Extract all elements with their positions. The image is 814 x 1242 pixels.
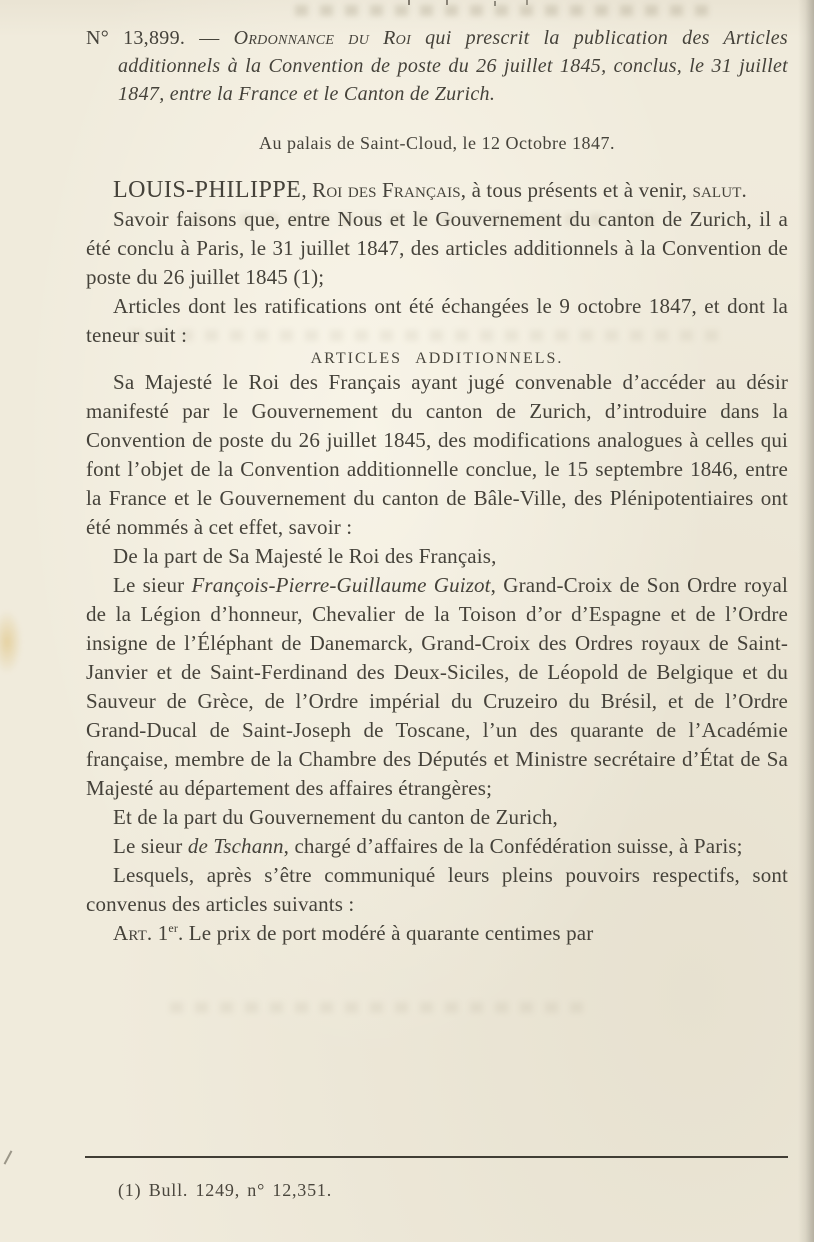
salutation-separator: , [301, 178, 312, 202]
bleedthrough-artifact [295, 5, 710, 16]
paragraph-sa-majeste: Sa Majesté le Roi des Français ayant jug… [86, 368, 788, 542]
paragraph-de-la-part-roi: De la part de Sa Majesté le Roi des Fran… [86, 542, 788, 571]
paragraph-tschann: Le sieur de Tschann, chargé d’affaires d… [86, 832, 788, 861]
salutation-paragraph: LOUIS-PHILIPPE, Roi des Français, à tous… [86, 176, 788, 205]
page-content: N° 13,899. — Ordonnance du Roi qui presc… [86, 24, 788, 948]
guizot-name: François-Pierre-Guillaume Guizot [191, 573, 490, 597]
salutation-period: . [742, 178, 747, 202]
page-edge-shadow [798, 0, 814, 1242]
king-title: Roi des Français [312, 178, 461, 202]
paragraph-savoir-faisons: Savoir faisons que, entre Nous et le Gou… [86, 205, 788, 292]
ordinance-number: N° 13,899. — [86, 27, 234, 49]
tschann-name: de Tschann [188, 834, 284, 858]
tschann-role: , chargé d’affaires de la Confédération … [284, 834, 743, 858]
article-ordinal-suffix: er [168, 921, 178, 935]
ordinance-body: LOUIS-PHILIPPE, Roi des Français, à tous… [86, 176, 788, 948]
margin-mark [4, 1150, 13, 1164]
cropped-glyph-marks [408, 0, 410, 5]
article-text: . Le prix de port modéré à quarante cent… [178, 921, 593, 945]
section-heading: ARTICLES ADDITIONNELS. [86, 350, 788, 368]
tschann-lead: Le sieur [113, 834, 188, 858]
salutation-middle: , à tous présents et à venir, [461, 178, 693, 202]
paragraph-ratifications: Articles dont les ratifications ont été … [86, 292, 788, 350]
footnote-rule [85, 1156, 788, 1158]
guizot-titles: , Grand-Croix de Son Ordre royal de la L… [86, 573, 788, 800]
paragraph-lesquels: Lesquels, après s’être communiqué leurs … [86, 861, 788, 919]
dateline: Au palais de Saint-Cloud, le 12 Octobre … [86, 132, 788, 154]
paragraph-article-1: Art. 1er. Le prix de port modéré à quara… [86, 919, 788, 948]
paragraph-guizot: Le sieur François-Pierre-Guillaume Guizo… [86, 571, 788, 803]
paper-stain [0, 610, 22, 674]
paragraph-de-la-part-zurich: Et de la part du Gouvernement du canton … [86, 803, 788, 832]
article-number: 1 [152, 921, 168, 945]
guizot-lead: Le sieur [113, 573, 191, 597]
ordinance-title-name: Ordonnance du Roi [234, 27, 411, 49]
king-name: LOUIS-PHILIPPE [113, 177, 301, 203]
ordinance-header: N° 13,899. — Ordonnance du Roi qui presc… [86, 24, 788, 108]
document-page: N° 13,899. — Ordonnance du Roi qui presc… [0, 0, 814, 1242]
article-label: Art. [113, 921, 152, 945]
footnote: (1) Bull. 1249, n° 12,351. [118, 1180, 332, 1201]
bleedthrough-artifact [170, 1002, 590, 1013]
salut-word: salut [692, 178, 741, 202]
